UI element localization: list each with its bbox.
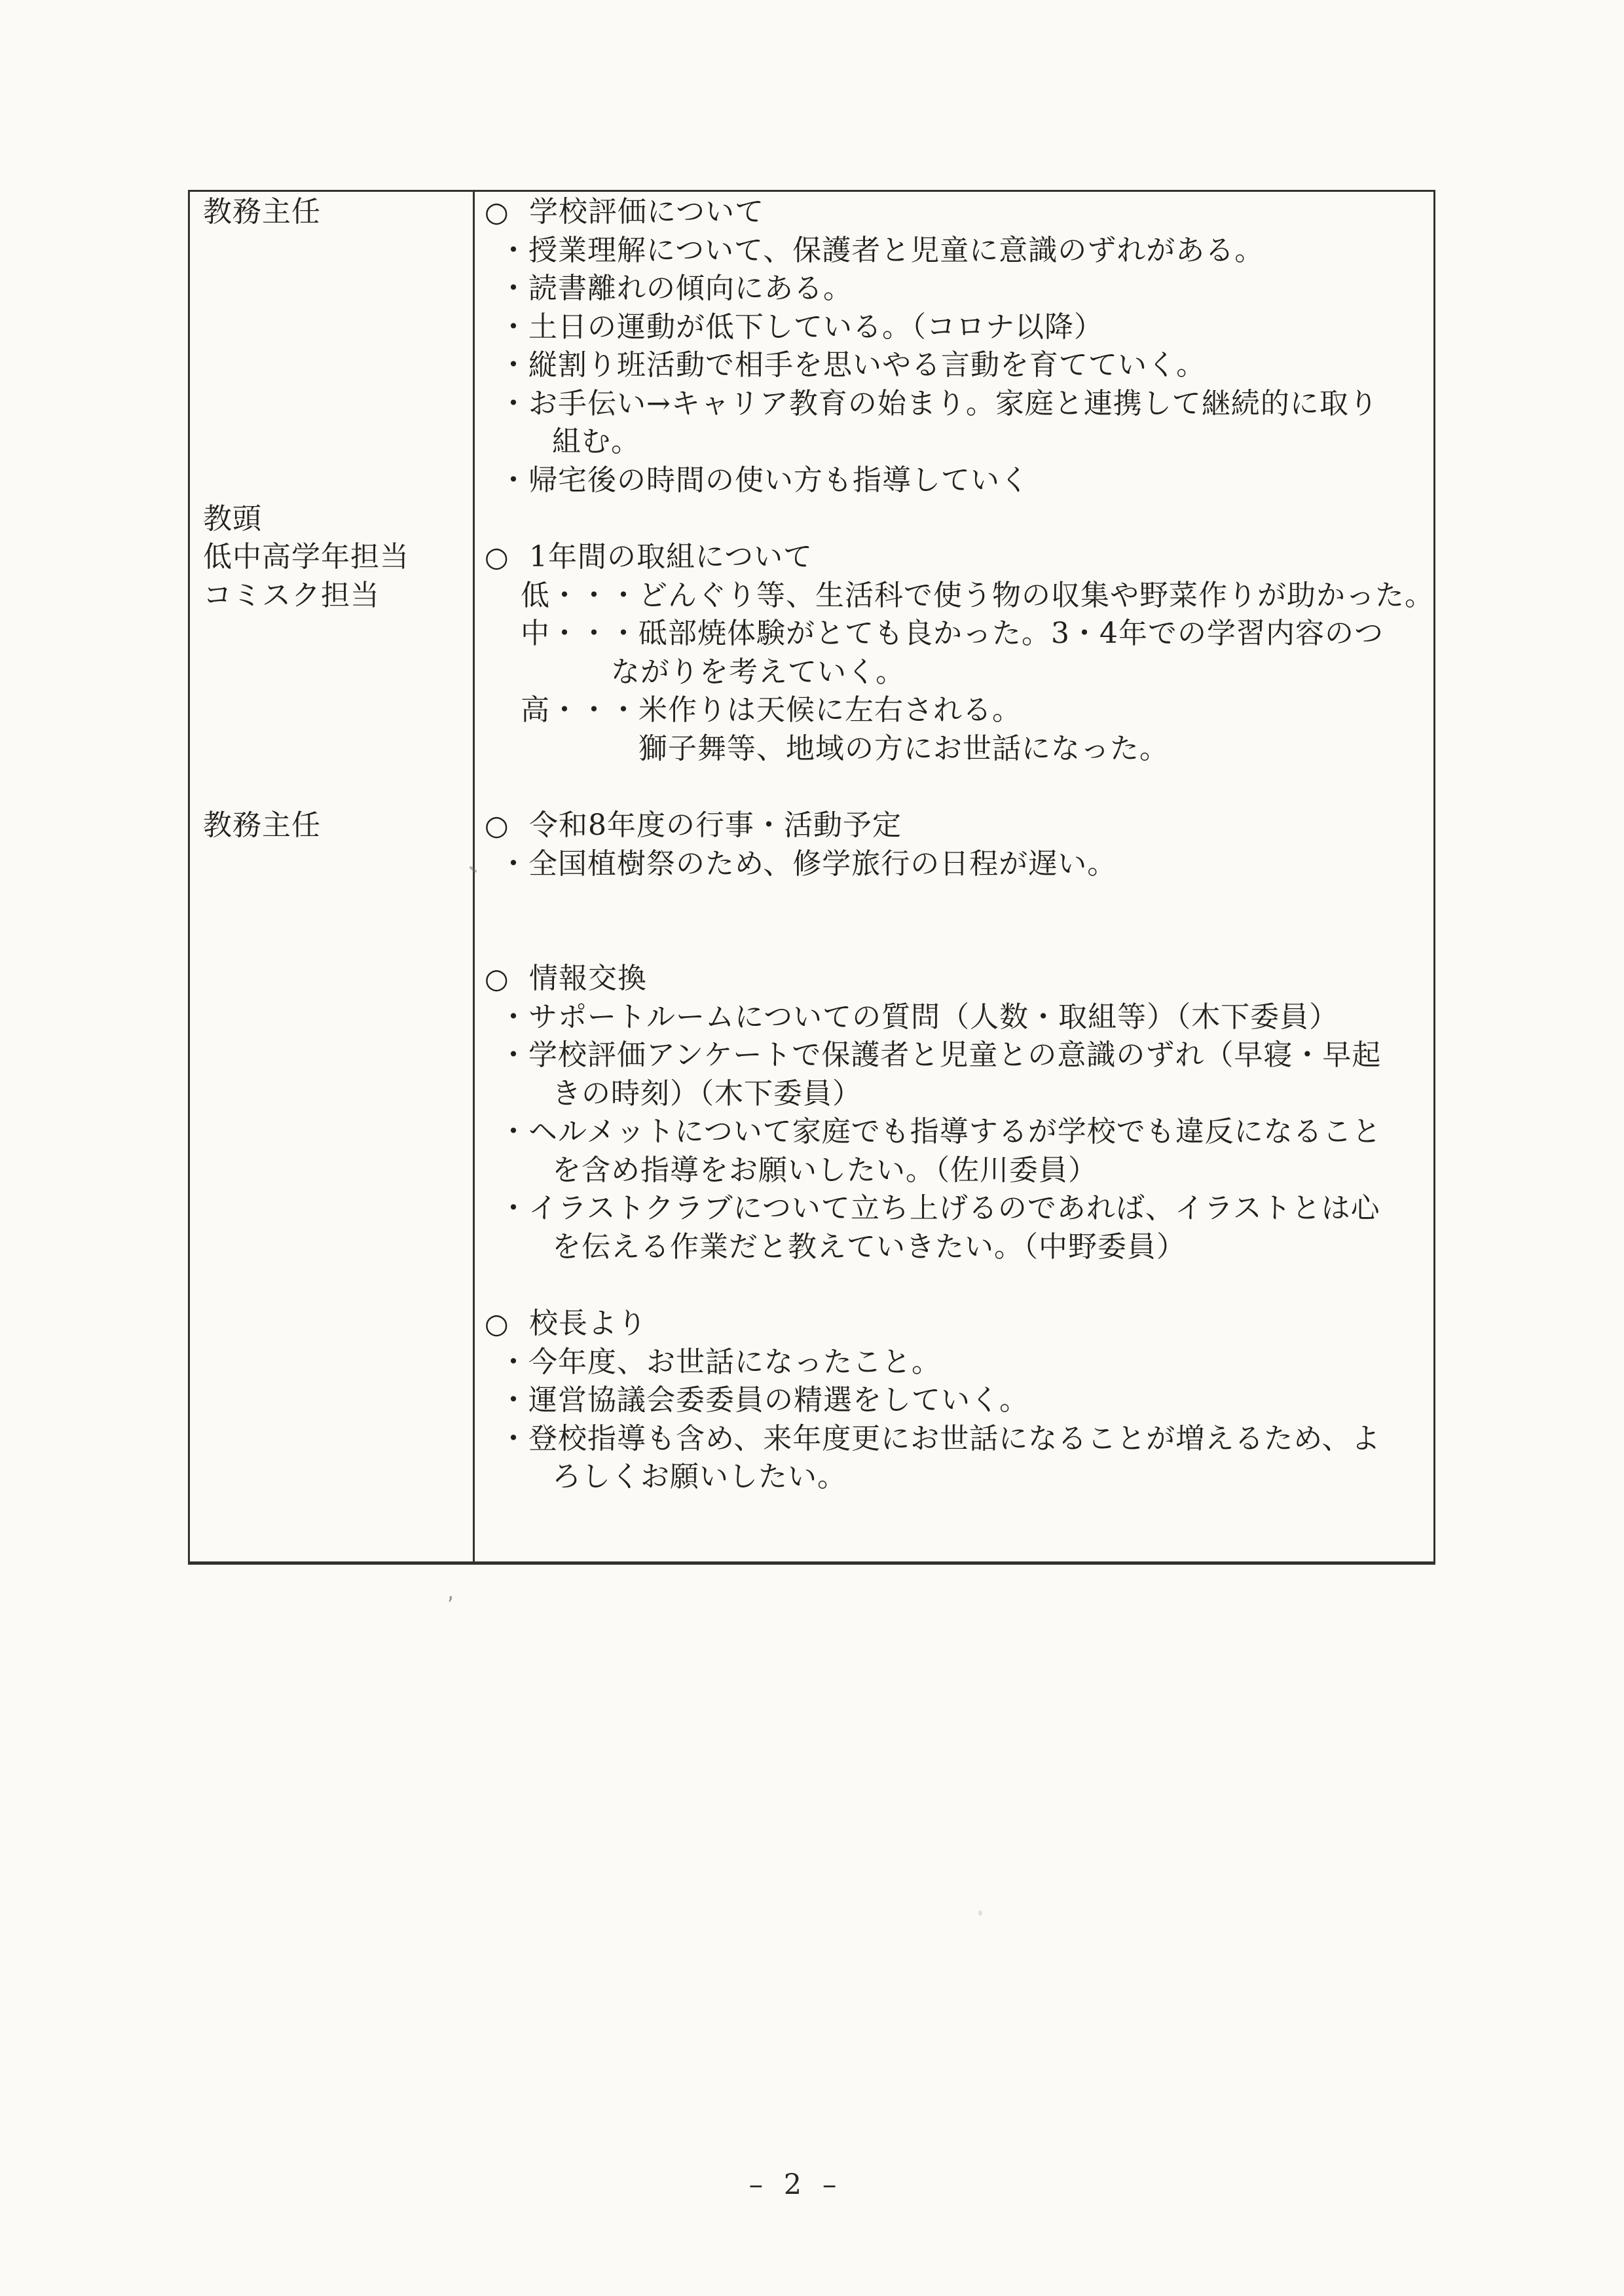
bullet-text: お手伝い→キャリア教育の始まり。家庭と連携して継続的に取り <box>528 387 1378 420</box>
section-title-text: 校長より <box>529 1307 647 1340</box>
bullet-text: サポートルームについての質問（人数・取組等）（木下委員） <box>528 1000 1338 1034</box>
bullet-marker-icon: ・ <box>499 272 528 305</box>
bullet-text: 運営協議会委委員の精選をしていく。 <box>528 1383 1029 1417</box>
grade-line: 低・・・どんぐり等、生活科で使う物の収集や野菜作りが助かった。 <box>475 576 1433 615</box>
bullet-line: ・サポートルームについての質問（人数・取組等）（木下委員） <box>475 998 1433 1036</box>
circle-marker-icon: ○ <box>485 806 529 845</box>
bullet-line: ・お手伝い→キャリア教育の始まり。家庭と連携して継続的に取り <box>475 384 1433 423</box>
bullet-marker-icon: ・ <box>499 847 528 881</box>
bullet-line: ・土日の運動が低下している。（コロナ以降） <box>475 308 1433 346</box>
section-title: ○情報交換 <box>475 959 1433 998</box>
speaker-column: 教務主任 教頭 低中高学年担当 コミスク担当 教務主任 <box>190 192 475 1561</box>
bullet-line: ・運営協議会委委員の精選をしていく。 <box>475 1381 1433 1419</box>
bullet-text: ヘルメットについて家庭でも指導するが学校でも違反になること <box>528 1115 1382 1148</box>
page-number: – 2 – <box>714 2168 877 2201</box>
bullet-text: を含め指導をお願いしたい。（佐川委員） <box>552 1154 1098 1187</box>
bullet-line: ・読書離れの傾向にある。 <box>475 269 1433 308</box>
bullet-text: 登校指導も含め、来年度更にお世話になることが増えるため、よ <box>528 1422 1380 1455</box>
bullet-line: ・縦割り班活動で相手を思いやる言動を育てていく。 <box>475 346 1433 384</box>
wrapped-line: きの時刻）（木下委員） <box>475 1074 1433 1113</box>
grade-marker: 中・・・ <box>521 617 638 650</box>
speaker-label: 教頭 <box>190 500 473 538</box>
scan-artifact: ’ <box>446 1592 458 1618</box>
bullet-text: 全国植樹祭のため、修学旅行の日程が遅い。 <box>528 847 1116 881</box>
bullet-line: ・今年度、お世話になったこと。 <box>475 1343 1433 1381</box>
wrapped-line: 獅子舞等、地域の方にお世話になった。 <box>475 729 1433 768</box>
wrapped-line: ろしくお願いしたい。 <box>475 1457 1433 1496</box>
section-title: ○令和8年度の行事・活動予定 <box>475 806 1433 845</box>
speaker-label: 教務主任 <box>190 806 473 845</box>
scanned-minutes-page: 教務主任 教頭 低中高学年担当 コミスク担当 教務主任 ○学校評価について ・授… <box>0 0 1624 2296</box>
grade-line: 中・・・砥部焼体験がとても良かった。3・4年での学習内容のつ <box>475 614 1433 653</box>
bullet-marker-icon: ・ <box>499 1422 528 1455</box>
bullet-marker-icon: ・ <box>499 348 528 382</box>
grade-text: どんぐり等、生活科で使う物の収集や野菜作りが助かった。 <box>638 579 1434 612</box>
speaker-label: コミスク担当 <box>190 576 473 615</box>
bullet-text: 縦割り班活動で相手を思いやる言動を育てていく。 <box>528 348 1206 382</box>
bullet-line: ・学校評価アンケートで保護者と児童との意識のずれ（早寝・早起 <box>475 1036 1433 1074</box>
section-title: ○学校評価について <box>475 192 1433 231</box>
bullet-text: 授業理解について、保護者と児童に意識のずれがある。 <box>528 234 1264 267</box>
bullet-marker-icon: ・ <box>499 1115 528 1148</box>
grade-line: 高・・・米作りは天候に左右される。 <box>475 691 1433 729</box>
bullet-line: ・登校指導も含め、来年度更にお世話になることが増えるため、よ <box>475 1419 1433 1458</box>
bullet-line: ・イラストクラブについて立ち上げるのであれば、イラストとは心 <box>475 1189 1433 1228</box>
bullet-marker-icon: ・ <box>499 464 528 497</box>
grade-text: 砥部焼体験がとても良かった。3・4年での学習内容のつ <box>638 617 1384 650</box>
bullet-text: 読書離れの傾向にある。 <box>528 272 853 305</box>
circle-marker-icon: ○ <box>485 1304 529 1343</box>
content-column: ○学校評価について ・授業理解について、保護者と児童に意識のずれがある。 ・読書… <box>475 192 1433 1561</box>
speaker-label: 教務主任 <box>190 192 473 231</box>
bullet-text: 学校評価アンケートで保護者と児童との意識のずれ（早寝・早起 <box>528 1038 1381 1072</box>
section-title-text: 1年間の取組について <box>529 540 813 574</box>
bullet-marker-icon: ・ <box>499 234 528 267</box>
bullet-marker-icon: ・ <box>499 1345 528 1379</box>
circle-marker-icon: ○ <box>485 959 529 998</box>
bullet-text: 帰宅後の時間の使い方も指導していく <box>528 464 1029 497</box>
bullet-line: ・ヘルメットについて家庭でも指導するが学校でも違反になること <box>475 1112 1433 1151</box>
bullet-marker-icon: ・ <box>499 1192 528 1225</box>
minutes-table: 教務主任 教頭 低中高学年担当 コミスク担当 教務主任 ○学校評価について ・授… <box>188 190 1435 1565</box>
circle-marker-icon: ○ <box>485 538 529 576</box>
bullet-text: きの時刻）（木下委員） <box>552 1077 862 1110</box>
bullet-text: ろしくお願いしたい。 <box>552 1460 847 1493</box>
bullet-marker-icon: ・ <box>499 1383 528 1417</box>
speaker-label: 低中高学年担当 <box>190 538 473 576</box>
grade-text: 獅子舞等、地域の方にお世話になった。 <box>638 732 1169 765</box>
section-title-text: 情報交換 <box>529 962 647 995</box>
wrapped-line: を伝える作業だと教えていきたい。（中野委員） <box>475 1228 1433 1266</box>
bullet-marker-icon: ・ <box>499 310 528 344</box>
grade-text: ながりを考えていく。 <box>611 655 905 689</box>
section-title: ○1年間の取組について <box>475 538 1433 576</box>
section-title: ○校長より <box>475 1304 1433 1343</box>
wrapped-line: を含め指導をお願いしたい。（佐川委員） <box>475 1151 1433 1190</box>
bullet-text: 今年度、お世話になったこと。 <box>528 1345 941 1379</box>
bullet-line: ・全国植樹祭のため、修学旅行の日程が遅い。 <box>475 845 1433 883</box>
bullet-line: ・帰宅後の時間の使い方も指導していく <box>475 461 1433 500</box>
grade-marker: 低・・・ <box>521 579 638 612</box>
bullet-line: ・授業理解について、保護者と児童に意識のずれがある。 <box>475 231 1433 270</box>
section-title-text: 令和8年度の行事・活動予定 <box>529 809 902 842</box>
grade-marker: 高・・・ <box>521 693 638 727</box>
grade-text: 米作りは天候に左右される。 <box>638 693 1022 727</box>
bullet-marker-icon: ・ <box>499 1000 528 1034</box>
wrapped-line: 組む。 <box>475 422 1433 461</box>
scan-artifact <box>978 1910 982 1916</box>
bullet-marker-icon: ・ <box>499 387 528 420</box>
bullet-text: 土日の運動が低下している。（コロナ以降） <box>528 310 1103 344</box>
bullet-text: を伝える作業だと教えていきたい。（中野委員） <box>552 1230 1186 1264</box>
bullet-marker-icon: ・ <box>499 1038 528 1072</box>
bullet-text: 組む。 <box>552 425 640 458</box>
bullet-text: イラストクラブについて立ち上げるのであれば、イラストとは心 <box>528 1192 1380 1225</box>
section-title-text: 学校評価について <box>529 195 764 228</box>
wrapped-line: ながりを考えていく。 <box>475 653 1433 691</box>
circle-marker-icon: ○ <box>485 192 529 231</box>
